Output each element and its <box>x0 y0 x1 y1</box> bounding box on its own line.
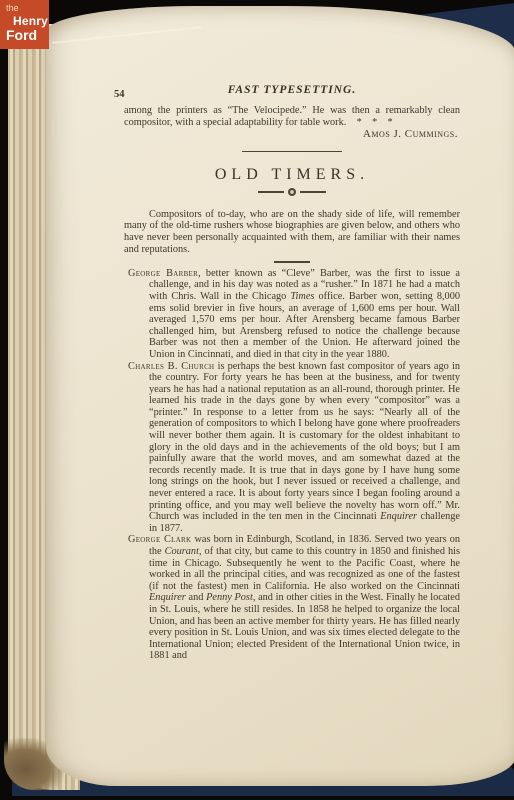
continuation-paragraph: among the printers as “The Velocipede.” … <box>124 105 460 128</box>
paragraph-divider <box>274 261 310 263</box>
entry-person-name: George Clark <box>128 534 191 545</box>
page-header: 54 FAST TYPESETTING. <box>124 85 460 98</box>
divider-ornament <box>124 188 460 196</box>
ornament-line <box>258 191 284 193</box>
entries-list: George Barber, better known as “Cleve” B… <box>124 268 460 662</box>
biography-entry: George Clark was born in Edinburgh, Scot… <box>124 534 460 662</box>
ornament-line <box>300 191 326 193</box>
intro-paragraph: Compositors of to-day, who are on the sh… <box>124 209 460 255</box>
logo-text-the: the <box>6 3 19 13</box>
book-page: 54 FAST TYPESETTING. among the printers … <box>46 6 514 786</box>
book-photo: 54 FAST TYPESETTING. among the printers … <box>0 0 514 800</box>
ornament-bead-icon <box>288 188 296 196</box>
biography-entry: Charles B. Church is perhaps the best kn… <box>124 361 460 535</box>
henry-ford-logo: the Henry Ford <box>0 0 49 49</box>
biography-entry: George Barber, better known as “Cleve” B… <box>124 268 460 361</box>
logo-text-ford: Ford <box>6 27 37 43</box>
entry-person-name: Charles B. Church <box>128 361 214 372</box>
author-signature: Amos J. Cummings. <box>124 129 460 141</box>
running-header: FAST TYPESETTING. <box>124 85 460 97</box>
section-divider <box>242 151 342 153</box>
printed-text-block: 54 FAST TYPESETTING. among the printers … <box>124 85 460 662</box>
section-title: OLD TIMERS. <box>124 169 460 181</box>
entry-person-name: George Barber <box>128 268 198 279</box>
logo-text-henry: Henry <box>13 14 48 28</box>
page-number: 54 <box>114 89 125 101</box>
